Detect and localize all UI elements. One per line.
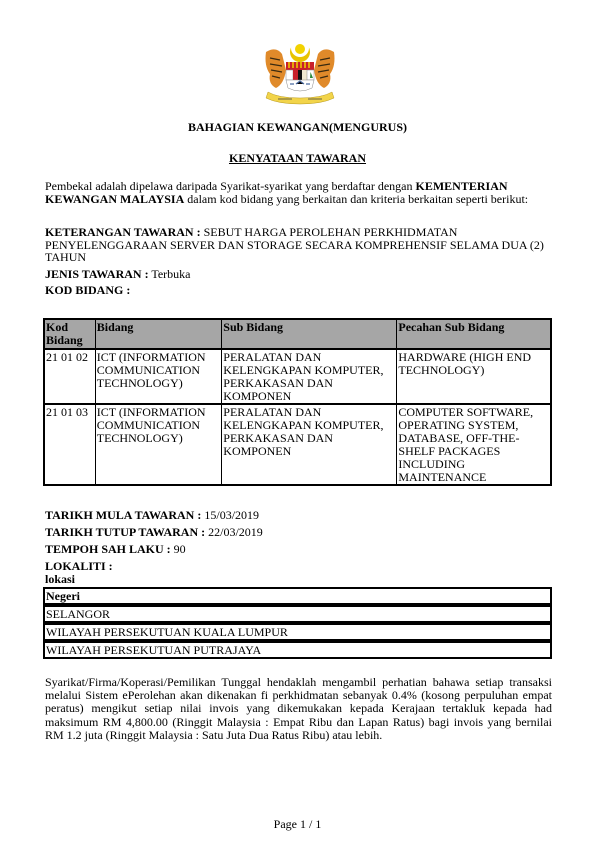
location-header-negeri: Negeri [43, 587, 552, 605]
validity-period: TEMPOH SAH LAKU : 90 [45, 541, 263, 558]
cell-kod-bidang: 21 01 03 [45, 405, 96, 484]
offer-type-value: Terbuka [149, 267, 191, 281]
offer-description: KETERANGAN TAWARAN : SEBUT HARGA PEROLEH… [45, 226, 560, 264]
field-code-label: KOD BIDANG : [45, 283, 130, 297]
start-date-label: TARIKH MULA TAWARAN : [45, 508, 201, 522]
field-code-table: Kod Bidang Bidang Sub Bidang Pecahan Sub… [43, 318, 552, 486]
cell-bidang: ICT (INFORMATION COMMUNICATION TECHNOLOG… [96, 350, 223, 405]
document-title: KENYATAAN TAWARAN [0, 152, 595, 165]
offer-type-label: JENIS TAWARAN : [45, 267, 149, 281]
cell-kod-bidang: 21 01 02 [45, 350, 96, 405]
end-date-value: 22/03/2019 [205, 525, 263, 539]
column-header-kod-bidang: Kod Bidang [45, 320, 96, 350]
cell-pecahan-sub-bidang: HARDWARE (HIGH END TECHNOLOGY) [397, 350, 550, 405]
page-number: Page 1 / 1 [0, 818, 595, 831]
offer-dates: TARIKH MULA TAWARAN : 15/03/2019 TARIKH … [45, 507, 263, 575]
table-row: 21 01 03 ICT (INFORMATION COMMUNICATION … [45, 405, 550, 484]
list-item: WILAYAH PERSEKUTUAN KUALA LUMPUR [43, 623, 552, 641]
intro-text-before: Pembekal adalah dipelawa daripada Syarik… [45, 179, 416, 193]
service-fee-notice: Syarikat/Firma/Koperasi/Pemilikan Tungga… [45, 676, 552, 742]
field-code-heading: KOD BIDANG : [45, 284, 560, 297]
column-header-pecahan-sub-bidang: Pecahan Sub Bidang [397, 320, 550, 350]
offer-info: KETERANGAN TAWARAN : SEBUT HARGA PEROLEH… [45, 226, 560, 297]
validity-label: TEMPOH SAH LAKU : [45, 542, 171, 556]
start-date-value: 15/03/2019 [201, 508, 259, 522]
cell-sub-bidang: PERALATAN DAN KELENGKAPAN KOMPUTER, PERK… [222, 350, 397, 405]
table-row: 21 01 02 ICT (INFORMATION COMMUNICATION … [45, 350, 550, 405]
list-item: SELANGOR [43, 605, 552, 623]
malaysia-coat-of-arms-icon [258, 40, 342, 108]
intro-text-after: dalam kod bidang yang berkaitan dan krit… [184, 192, 528, 206]
location-table: Negeri SELANGOR WILAYAH PERSEKUTUAN KUAL… [43, 587, 552, 659]
validity-value: 90 [171, 542, 186, 556]
table-header-row: Kod Bidang Bidang Sub Bidang Pecahan Sub… [45, 320, 550, 350]
cell-bidang: ICT (INFORMATION COMMUNICATION TECHNOLOG… [96, 405, 223, 484]
end-date-label: TARIKH TUTUP TAWARAN : [45, 525, 205, 539]
department-title: BAHAGIAN KEWANGAN(MENGURUS) [0, 121, 595, 134]
intro-paragraph: Pembekal adalah dipelawa daripada Syarik… [45, 180, 560, 206]
offer-type: JENIS TAWARAN : Terbuka [45, 268, 560, 281]
column-header-sub-bidang: Sub Bidang [222, 320, 397, 350]
locality: LOKALITI : [45, 558, 263, 575]
locality-label: LOKALITI : [45, 559, 113, 573]
cell-pecahan-sub-bidang: COMPUTER SOFTWARE, OPERATING SYSTEM, DAT… [397, 405, 550, 484]
column-header-bidang: Bidang [96, 320, 223, 350]
start-date: TARIKH MULA TAWARAN : 15/03/2019 [45, 507, 263, 524]
cell-sub-bidang: PERALATAN DAN KELENGKAPAN KOMPUTER, PERK… [222, 405, 397, 484]
end-date: TARIKH TUTUP TAWARAN : 22/03/2019 [45, 524, 263, 541]
list-item: WILAYAH PERSEKUTUAN PUTRAJAYA [43, 641, 552, 659]
location-label: lokasi [45, 573, 75, 586]
